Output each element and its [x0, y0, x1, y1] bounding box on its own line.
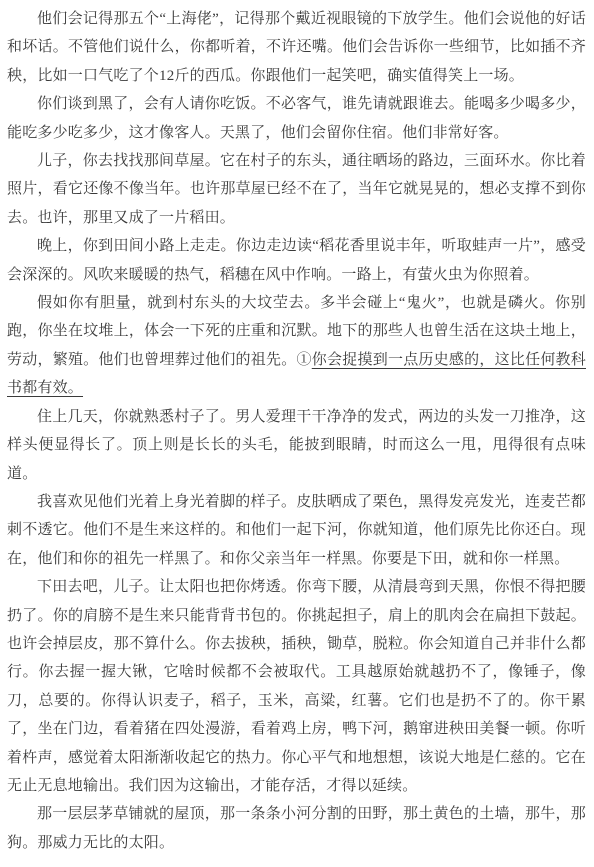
paragraph-2: 你们谈到黑了，会有人请你吃饭。不必客气，谁先请就跟谁去。能喝多少喝多少，能吃多少… [7, 90, 586, 147]
paragraph-4: 晚上，你到田间小路上走走。你边走边读“稻花香里说丰年，听取蛙声一片”，感受会深深… [7, 232, 586, 289]
paragraph-3: 儿子，你去找找那间草屋。它在村子的东头，通往晒场的路边，三面环水。你比着照片，看… [7, 147, 586, 232]
paragraph-1: 他们会记得那五个“上海佬”，记得那个戴近视眼镜的下放学生。他们会说他的好话和坏话… [7, 5, 586, 90]
document-page: 他们会记得那五个“上海佬”，记得那个戴近视眼镜的下放学生。他们会说他的好话和坏话… [0, 0, 594, 867]
annotation-marker-1: ① [297, 352, 312, 368]
paragraph-9: 那一层层茅草铺就的屋顶，那一条条小河分割的田野，那土黄色的土墙，那牛，那狗。那威… [7, 800, 586, 857]
paragraph-6: 住上几天，你就熟悉村子了。男人爱理干干净净的发式，两边的头发一刀推净，这样头便显… [7, 403, 586, 488]
paragraph-5: 假如你有胆量，就到村东头的大坟茔去。多半会碰上“鬼火”，也就是磷火。你别跑，你坐… [7, 289, 586, 403]
paragraph-8: 下田去吧，儿子。让太阳也把你烤透。你弯下腰，从清晨弯到天黑，你恨不得把腰扔了。你… [7, 573, 586, 800]
paragraph-7: 我喜欢见他们光着上身光着脚的样子。皮肤晒成了栗色，黑得发亮发光，连麦芒都刺不透它… [7, 488, 586, 573]
